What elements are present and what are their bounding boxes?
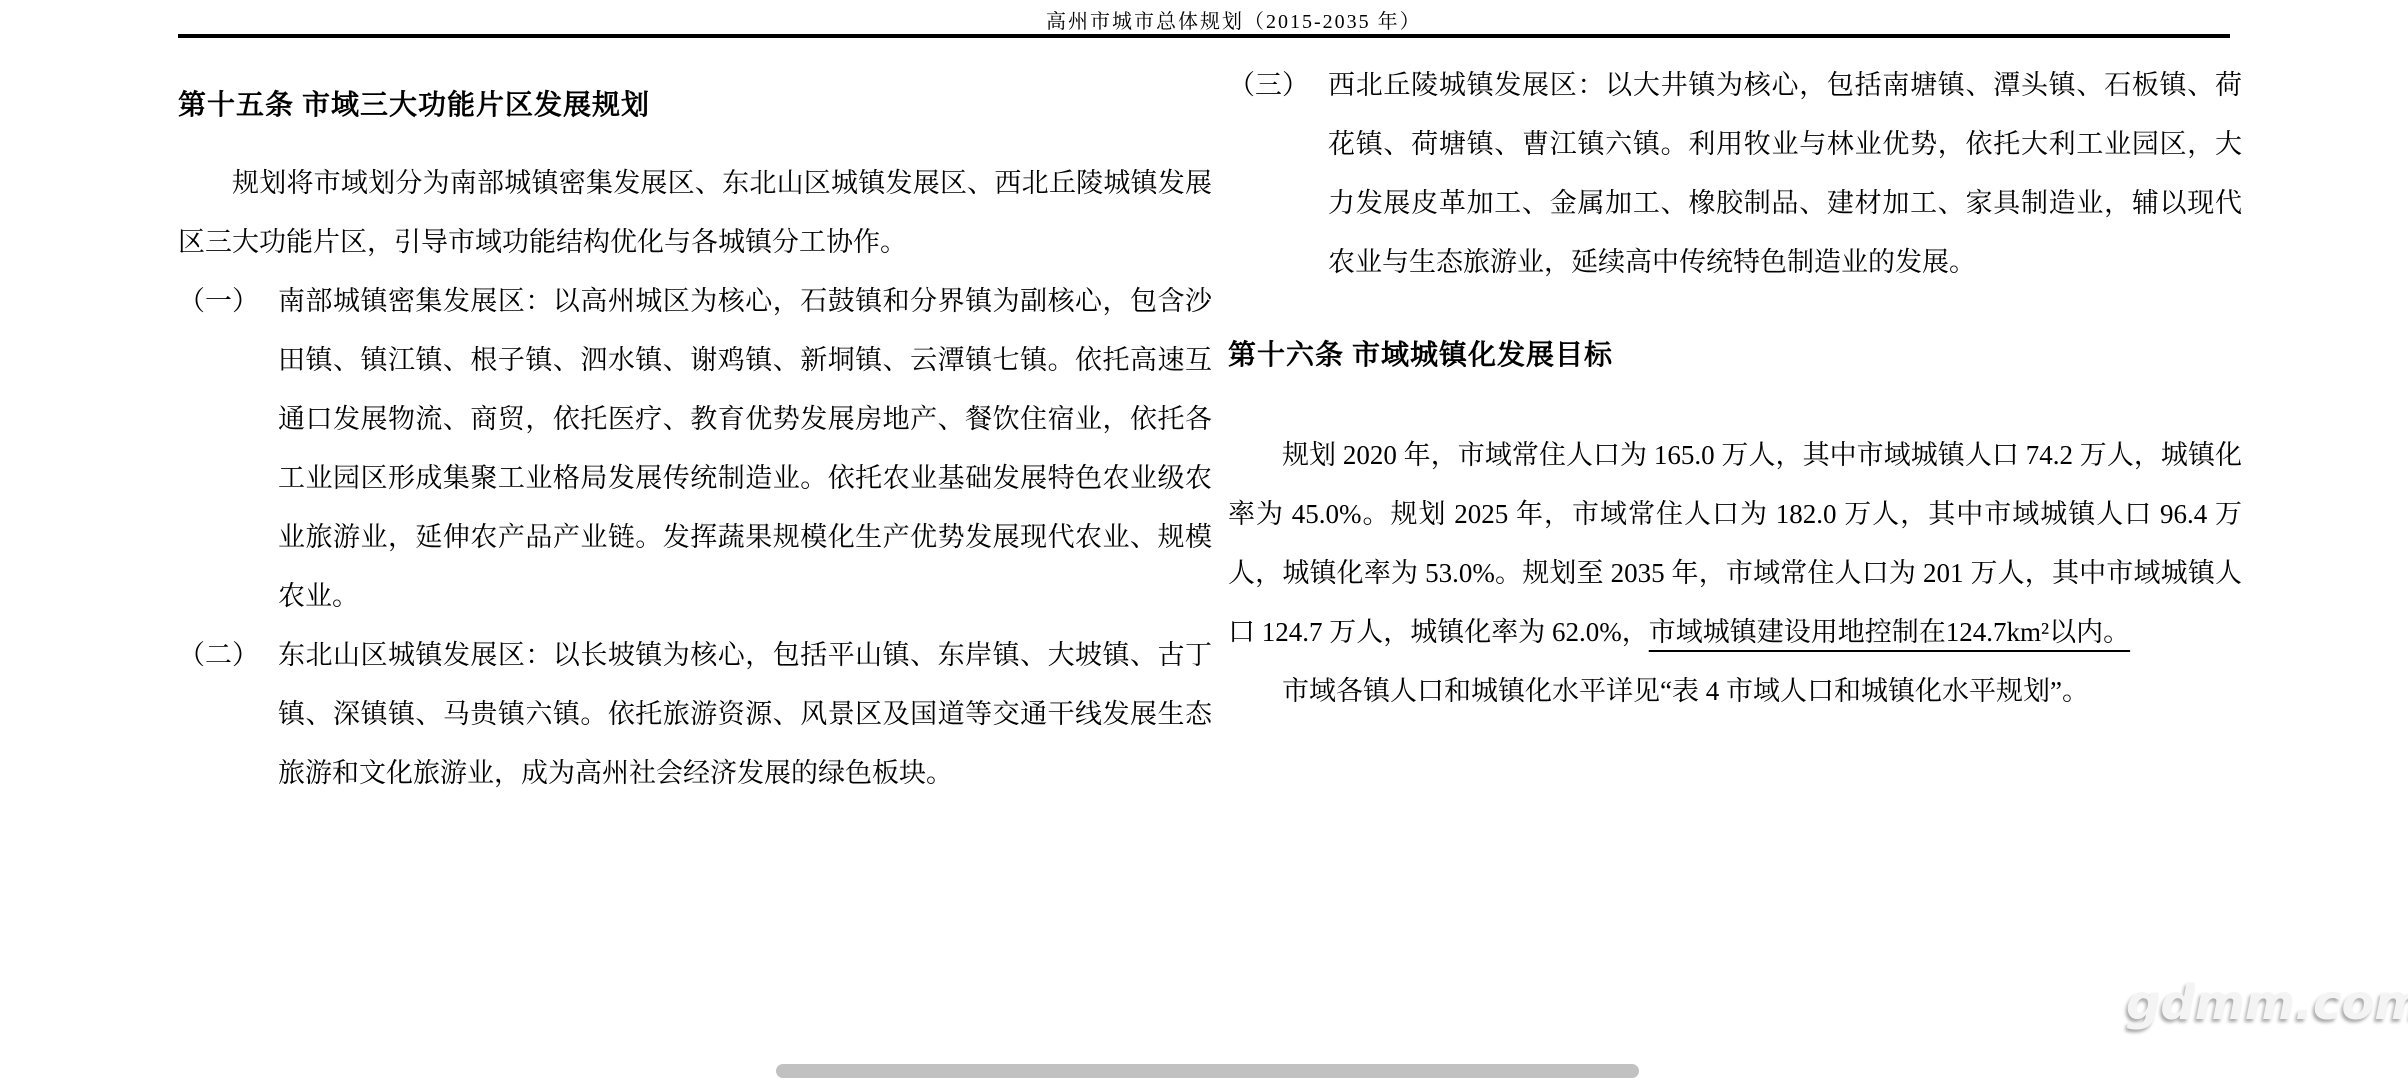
urbanization-targets-text: 规划 2020 年，市域常住人口为 165.0 万人，其中市域城镇人口 74.2… [1228, 440, 2242, 647]
article-16-heading: 第十六条 市域城镇化发展目标 [1228, 336, 2242, 376]
horizontal-scrollbar-thumb[interactable] [776, 1064, 1639, 1078]
article-15-heading: 第十五条 市域三大功能片区发展规划 [178, 86, 1212, 126]
article-16-paragraph-1: 规划 2020 年，市域常住人口为 165.0 万人，其中市域城镇人口 74.2… [1228, 426, 2242, 662]
document-page: 高州市城市总体规划（2015-2035 年） 第十五条 市域三大功能片区发展规划… [0, 0, 2408, 1080]
item-3-marker: （三） [1228, 56, 1309, 115]
functional-zone-item-3: （三） 西北丘陵城镇发展区：以大井镇为核心，包括南塘镇、潭头镇、石板镇、荷花镇、… [1228, 56, 2242, 292]
item-2-marker: （二） [178, 626, 259, 685]
item-2-text: 东北山区城镇发展区：以长坡镇为核心，包括平山镇、东岸镇、大坡镇、古丁镇、深镇镇、… [278, 640, 1212, 788]
article-16-paragraph-2: 市域各镇人口和城镇化水平详见“表 4 市域人口和城镇化水平规划”。 [1228, 662, 2242, 721]
right-column: （三） 西北丘陵城镇发展区：以大井镇为核心，包括南塘镇、潭头镇、石板镇、荷花镇、… [1228, 56, 2242, 721]
item-3-text: 西北丘陵城镇发展区：以大井镇为核心，包括南塘镇、潭头镇、石板镇、荷花镇、荷塘镇、… [1328, 70, 2242, 277]
watermark-text: gdmm.com [2126, 975, 2408, 1031]
article-15-intro-paragraph: 规划将市域划分为南部城镇密集发展区、东北山区城镇发展区、西北丘陵城镇发展区三大功… [178, 154, 1212, 272]
header-rule [178, 34, 2230, 38]
document-header-title: 高州市城市总体规划（2015-2035 年） [1046, 5, 1422, 34]
item-1-text: 南部城镇密集发展区：以高州城区为核心，石鼓镇和分界镇为副核心，包含沙田镇、镇江镇… [278, 286, 1212, 611]
item-1-marker: （一） [178, 272, 259, 331]
functional-zone-item-2: （二） 东北山区城镇发展区：以长坡镇为核心，包括平山镇、东岸镇、大坡镇、古丁镇、… [178, 626, 1212, 803]
land-limit-underlined-text: 市域城镇建设用地控制在124.7km²以内。 [1649, 617, 2130, 647]
left-column: 第十五条 市域三大功能片区发展规划 规划将市域划分为南部城镇密集发展区、东北山区… [178, 86, 1212, 803]
functional-zone-item-1: （一） 南部城镇密集发展区：以高州城区为核心，石鼓镇和分界镇为副核心，包含沙田镇… [178, 272, 1212, 626]
